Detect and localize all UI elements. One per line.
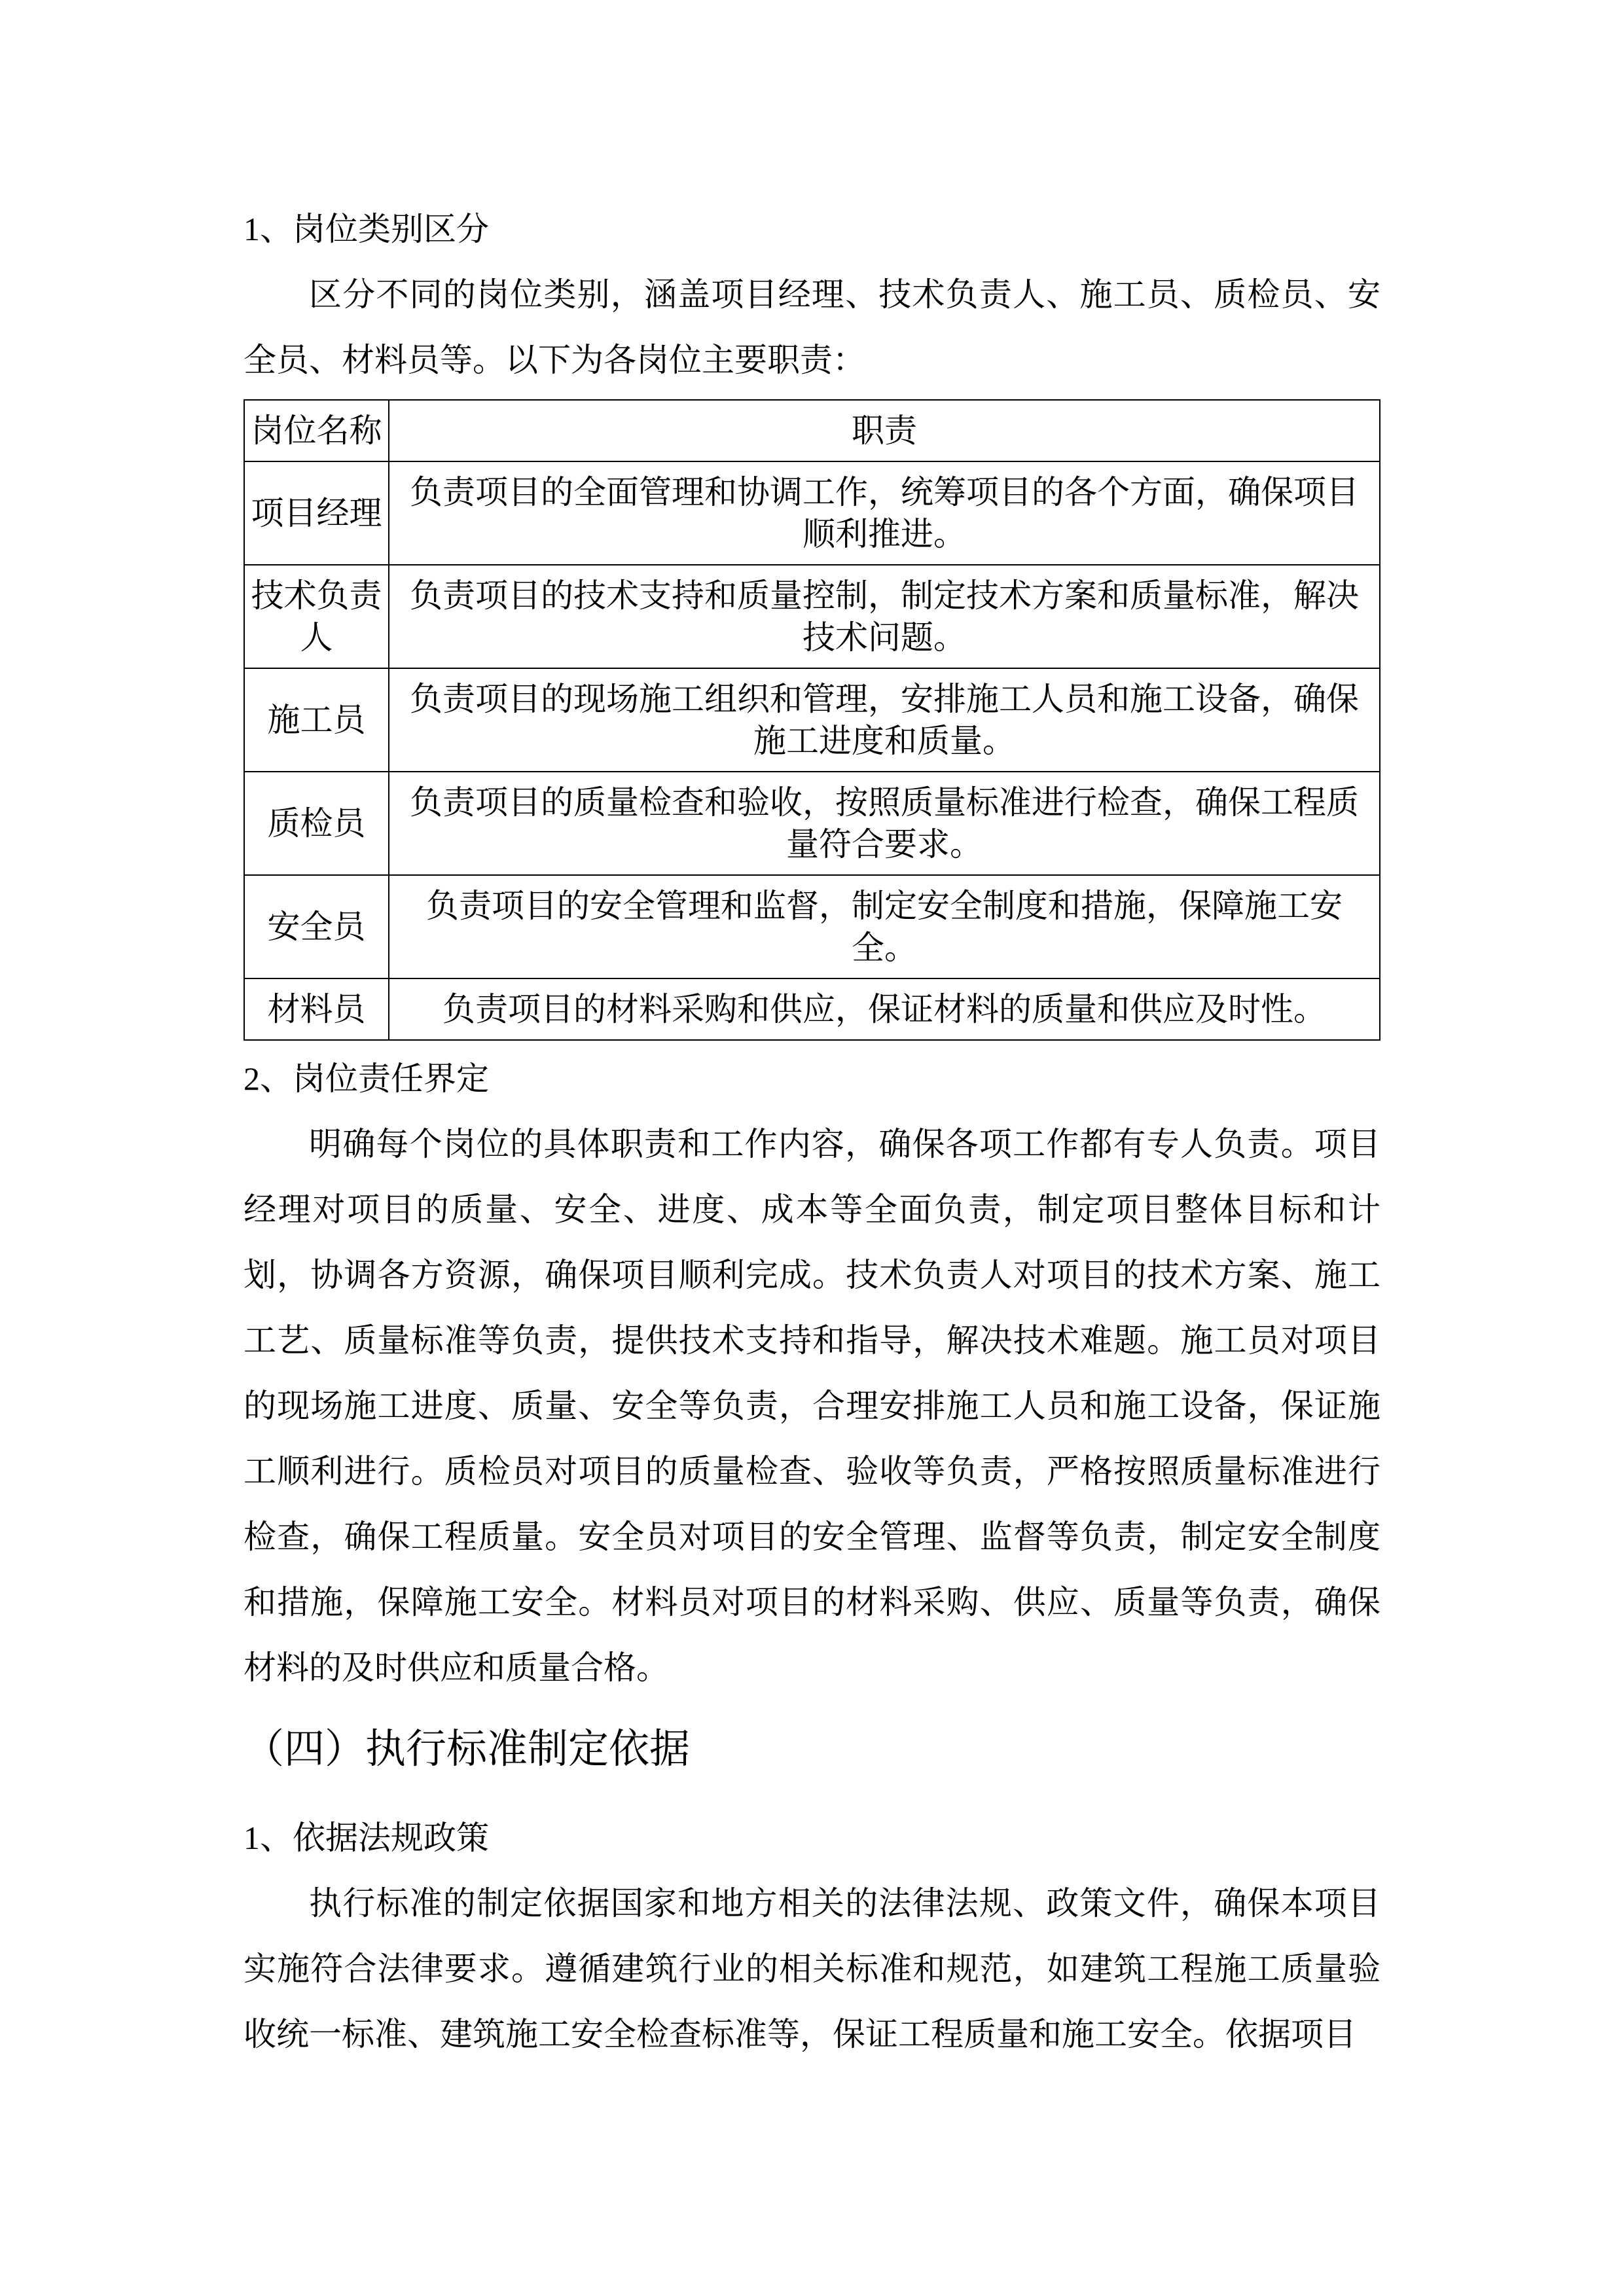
duty-cell: 负责项目的技术支持和质量控制，制定技术方案和质量标准，解决技术问题。 — [389, 565, 1380, 668]
post-name-cell: 质检员 — [244, 772, 389, 875]
duty-cell: 负责项目的材料采购和供应，保证材料的质量和供应及时性。 — [389, 978, 1380, 1040]
heading-standard-basis: （四）执行标准制定依据 — [244, 1713, 1380, 1785]
table-row: 项目经理 负责项目的全面管理和协调工作，统筹项目的各个方面，确保项目顺利推进。 — [244, 461, 1380, 565]
table-row: 质检员 负责项目的质量检查和验收，按照质量标准进行检查，确保工程质量符合要求。 — [244, 772, 1380, 875]
heading-regulation-policy: 1、依据法规政策 — [244, 1805, 1380, 1871]
table-row: 技术负责人 负责项目的技术支持和质量控制，制定技术方案和质量标准，解决技术问题。 — [244, 565, 1380, 668]
heading-post-responsibility: 2、岗位责任界定 — [244, 1046, 1380, 1111]
paragraph-post-category: 区分不同的岗位类别，涵盖项目经理、技术负责人、施工员、质检员、安全员、材料员等。… — [244, 262, 1380, 393]
post-name-cell: 安全员 — [244, 875, 389, 978]
heading-post-category: 1、岗位类别区分 — [244, 196, 1380, 262]
post-name-cell: 项目经理 — [244, 461, 389, 565]
duty-cell: 负责项目的安全管理和监督，制定安全制度和措施，保障施工安全。 — [389, 875, 1380, 978]
post-duty-table: 岗位名称 职责 项目经理 负责项目的全面管理和协调工作，统筹项目的各个方面，确保… — [244, 399, 1380, 1041]
table-header-row: 岗位名称 职责 — [244, 400, 1380, 461]
paragraph-regulation-policy: 执行标准的制定依据国家和地方相关的法律法规、政策文件，确保本项目实施符合法律要求… — [244, 1871, 1380, 2067]
post-name-cell: 技术负责人 — [244, 565, 389, 668]
duty-cell: 负责项目的现场施工组织和管理，安排施工人员和施工设备，确保施工进度和质量。 — [389, 668, 1380, 772]
table-row: 安全员 负责项目的安全管理和监督，制定安全制度和措施，保障施工安全。 — [244, 875, 1380, 978]
table-row: 施工员 负责项目的现场施工组织和管理，安排施工人员和施工设备，确保施工进度和质量… — [244, 668, 1380, 772]
post-name-cell: 材料员 — [244, 978, 389, 1040]
document-page: 1、岗位类别区分 区分不同的岗位类别，涵盖项目经理、技术负责人、施工员、质检员、… — [0, 0, 1624, 2296]
table-row: 材料员 负责项目的材料采购和供应，保证材料的质量和供应及时性。 — [244, 978, 1380, 1040]
table-header-post-name: 岗位名称 — [244, 400, 389, 461]
paragraph-post-responsibility: 明确每个岗位的具体职责和工作内容，确保各项工作都有专人负责。项目经理对项目的质量… — [244, 1111, 1380, 1700]
duty-cell: 负责项目的质量检查和验收，按照质量标准进行检查，确保工程质量符合要求。 — [389, 772, 1380, 875]
post-name-cell: 施工员 — [244, 668, 389, 772]
duty-cell: 负责项目的全面管理和协调工作，统筹项目的各个方面，确保项目顺利推进。 — [389, 461, 1380, 565]
table-header-duty: 职责 — [389, 400, 1380, 461]
